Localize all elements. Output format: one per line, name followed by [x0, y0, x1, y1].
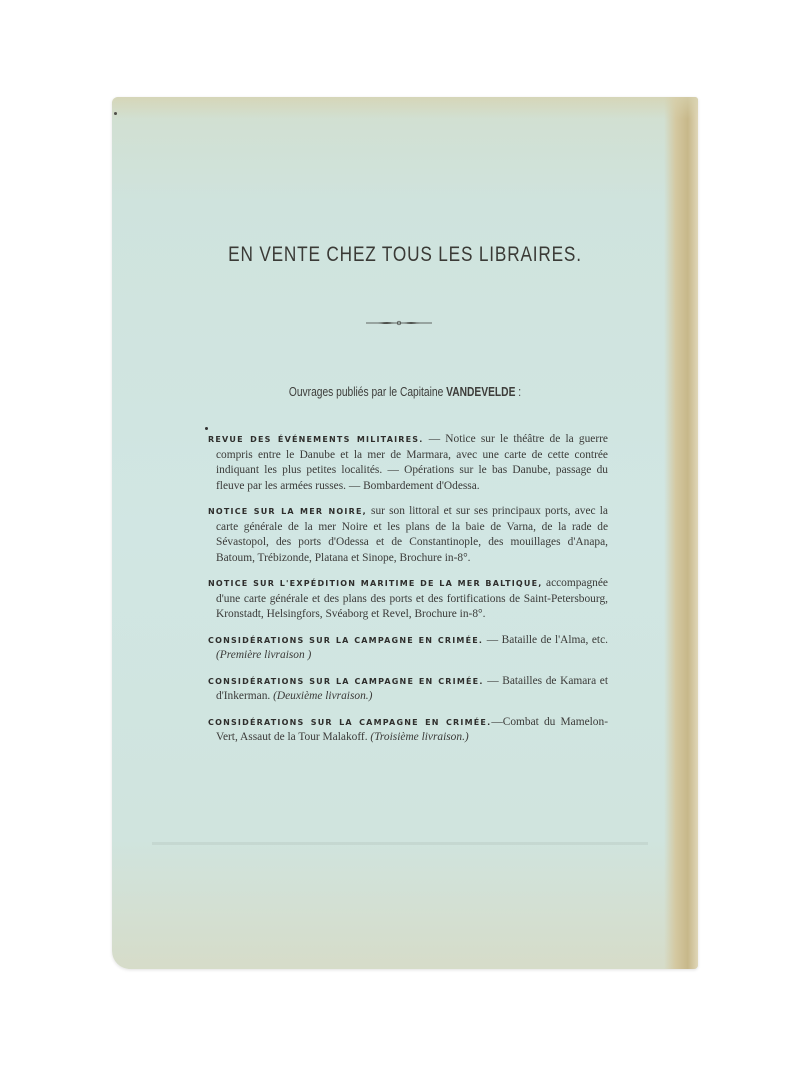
- entry-heading: Notice sur la mer Noire,: [208, 507, 367, 516]
- list-item: Notice sur l'expédition maritime de la m…: [208, 576, 608, 623]
- list-item: Considérations sur la campagne en Crimée…: [208, 633, 608, 664]
- entry-italic-note: (Première livraison ): [216, 649, 311, 661]
- ink-speck: [114, 112, 117, 115]
- entry-italic-note: (Troisième livraison.): [370, 731, 468, 743]
- show-through-line: [152, 842, 648, 845]
- list-item: Revue des événements militaires. — Notic…: [208, 432, 608, 494]
- list-item: Considérations sur la campagne en Crimée…: [208, 674, 608, 705]
- ornament-rule-icon: [366, 320, 432, 326]
- entry-italic-note: (Deuxième livraison.): [273, 690, 372, 702]
- entry-heading: Notice sur l'expédition maritime de la m…: [208, 579, 543, 588]
- author-name: VANDEVELDE: [446, 385, 515, 399]
- page-title: EN VENTE CHEZ TOUS LES LIBRAIRES.: [165, 243, 646, 267]
- entry-heading: Considérations sur la campagne en Crimée…: [208, 636, 483, 645]
- list-item: Considérations sur la campagne en Crimée…: [208, 715, 608, 746]
- ink-speck: [205, 427, 208, 430]
- entry-heading: Considérations sur la campagne en Crimée…: [208, 677, 484, 686]
- list-item: Notice sur la mer Noire, sur son littora…: [208, 504, 608, 566]
- subtitle: Ouvrages publiés par le Capitaine VANDEV…: [165, 385, 646, 399]
- subtitle-prefix: Ouvrages publiés par le Capitaine: [289, 385, 443, 399]
- entry-heading: Revue des événements militaires.: [208, 435, 424, 444]
- entry-text: — Bataille de l'Alma, etc.: [483, 634, 608, 646]
- entry-heading: Considérations sur la campagne en Crimée…: [208, 718, 491, 727]
- subtitle-suffix: :: [515, 385, 521, 399]
- printed-sheet: EN VENTE CHEZ TOUS LES LIBRAIRES. Ouvrag…: [112, 97, 698, 969]
- publication-list: Revue des événements militaires. — Notic…: [208, 432, 608, 756]
